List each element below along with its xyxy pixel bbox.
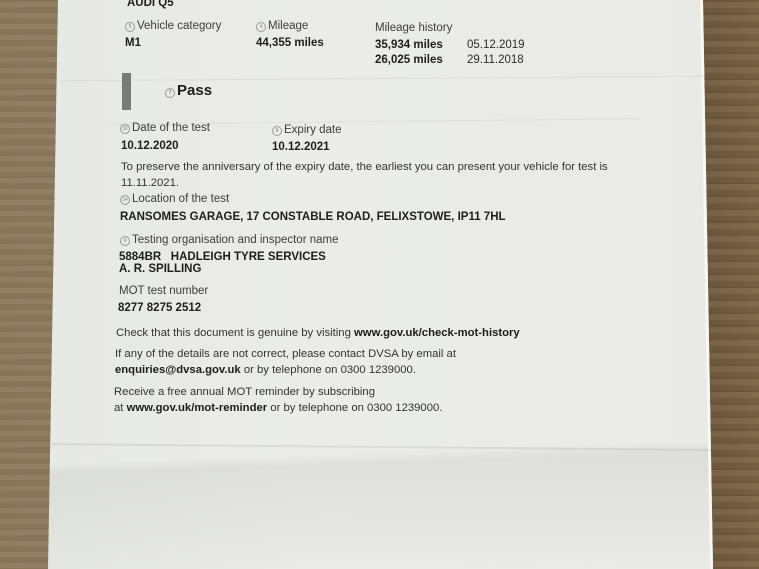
- test-result: 7Pass: [165, 82, 212, 99]
- check-genuine-prefix: Check that this document is genuine by v…: [116, 327, 354, 339]
- date-of-test-value: 10.12.2020: [121, 140, 179, 152]
- location-label-text: Location of the test: [132, 193, 229, 205]
- mileage-history-date: 29.11.2018: [467, 54, 524, 66]
- contact-text: If any of the details are not correct, p…: [115, 346, 456, 378]
- mot-certificate-paper: [0, 0, 759, 569]
- dvsa-email-link[interactable]: enquiries@dvsa.gov.uk: [115, 364, 241, 376]
- testing-org-label: 9Testing organisation and inspector name: [120, 234, 339, 246]
- reminder-text: Receive a free annual MOT reminder by su…: [114, 384, 442, 416]
- testing-org-label-text: Testing organisation and inspector name: [132, 234, 339, 246]
- date-of-test-label: 32Date of the test: [120, 122, 210, 134]
- check-mot-history-link[interactable]: www.gov.uk/check-mot-history: [354, 327, 520, 339]
- vehicle-category-label: 5Vehicle category: [125, 20, 221, 32]
- reference-number-icon: 9: [120, 236, 130, 246]
- mileage-label-text: Mileage: [268, 20, 308, 32]
- reference-number-icon: 4: [256, 22, 266, 32]
- mileage-history-date: 05.12.2019: [467, 39, 525, 51]
- location-label: 34Location of the test: [120, 193, 229, 205]
- mileage-label: 4Mileage: [256, 20, 308, 32]
- expiry-date-label: 8Expiry date: [272, 124, 342, 136]
- mot-reminder-link[interactable]: www.gov.uk/mot-reminder: [127, 402, 268, 414]
- mileage-history-miles: 26,025 miles: [375, 54, 443, 66]
- testing-org-value: 5884BR HADLEIGH TYRE SERVICES: [119, 251, 326, 263]
- vehicle-model: AUDI Q5: [127, 0, 174, 9]
- mileage-value: 44,355 miles: [256, 37, 324, 49]
- mot-test-number-label: MOT test number: [119, 285, 208, 297]
- reminder-line: Receive a free annual MOT reminder by su…: [114, 384, 442, 400]
- expiry-date-value: 10.12.2021: [272, 141, 330, 153]
- mileage-history-label: Mileage history: [375, 22, 452, 34]
- reference-number-icon: 5: [125, 22, 135, 32]
- anniversary-note-line: To preserve the anniversary of the expir…: [121, 159, 608, 175]
- contact-phone-text: or by telephone on 0300 1239000.: [241, 364, 416, 376]
- vehicle-category-value: M1: [125, 37, 141, 49]
- result-indicator-bar: [122, 73, 131, 110]
- anniversary-note-line: 11.11.2021.: [121, 175, 608, 191]
- reminder-prefix: at: [114, 402, 127, 414]
- vehicle-category-label-text: Vehicle category: [137, 20, 221, 32]
- reference-number-icon: 34: [120, 195, 130, 205]
- reference-number-icon: 32: [120, 124, 130, 134]
- mot-test-number-value: 8277 8275 2512: [118, 302, 201, 314]
- anniversary-note: To preserve the anniversary of the expir…: [121, 159, 608, 191]
- reference-number-icon: 8: [272, 126, 282, 136]
- test-result-text: Pass: [177, 82, 212, 99]
- reminder-phone-text: or by telephone on 0300 1239000.: [267, 402, 442, 414]
- location-value: RANSOMES GARAGE, 17 CONSTABLE ROAD, FELI…: [120, 211, 506, 223]
- expiry-date-label-text: Expiry date: [284, 124, 342, 136]
- contact-line: If any of the details are not correct, p…: [115, 346, 456, 362]
- inspector-name: A. R. SPILLING: [119, 263, 201, 275]
- check-genuine-text: Check that this document is genuine by v…: [116, 325, 520, 341]
- reference-number-icon: 7: [165, 88, 175, 98]
- date-of-test-label-text: Date of the test: [132, 122, 210, 134]
- mileage-history-miles: 35,934 miles: [375, 39, 443, 51]
